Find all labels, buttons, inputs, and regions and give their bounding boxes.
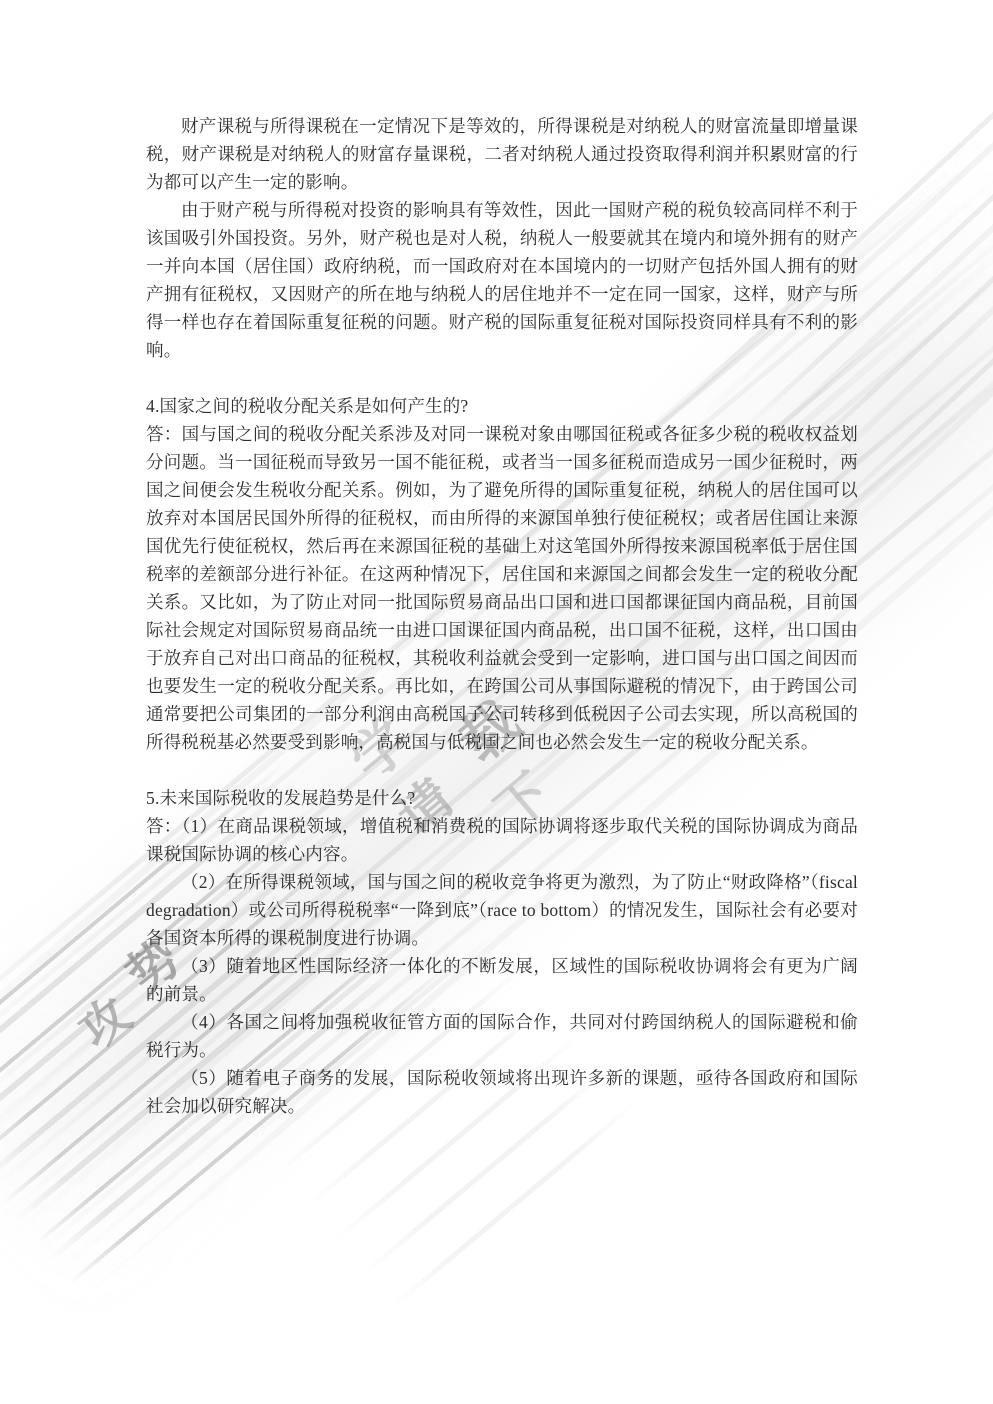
question-heading: 5.未来国际税收的发展趋势是什么?	[146, 784, 858, 812]
paragraph: （4）各国之间将加强税收征管方面的国际合作，共同对付跨国纳税人的国际避税和偷税行…	[146, 1008, 858, 1064]
watermark-glyph: 攻	[72, 990, 139, 1057]
paragraph: （3）随着地区性国际经济一体化的不断发展，区域性的国际税收协调将会有更为广阔的前…	[146, 952, 858, 1008]
paragraph: （5）随着电子商务的发展，国际税收领域将出现许多新的课题，亟待各国政府和国际社会…	[146, 1064, 858, 1120]
question-heading: 4.国家之间的税收分配关系是如何产生的?	[146, 392, 858, 420]
paragraph: 答：（1）在商品课税领域，增值税和消费税的国际协调将逐步取代关税的国际协调成为商…	[146, 812, 858, 868]
paragraph: 由于财产税与所得税对投资的影响具有等效性，因此一国财产税的税负较高同样不利于该国…	[146, 196, 858, 364]
paragraph: （2）在所得课税领域，国与国之间的税收竞争将更为激烈，为了防止“财政降格”（fi…	[146, 868, 858, 952]
paragraph: 财产课税与所得课税在一定情况下是等效的，所得课税是对纳税人的财富流量即增量课税，…	[146, 112, 858, 196]
paragraph: 答：国与国之间的税收分配关系涉及对同一课税对象由哪国征税或各征多少税的税收权益划…	[146, 420, 858, 756]
document-page: 学载请下势攻 财产课税与所得课税在一定情况下是等效的，所得课税是对纳税人的财富流…	[0, 0, 993, 1404]
document-body: 财产课税与所得课税在一定情况下是等效的，所得课税是对纳税人的财富流量即增量课税，…	[146, 112, 858, 1120]
